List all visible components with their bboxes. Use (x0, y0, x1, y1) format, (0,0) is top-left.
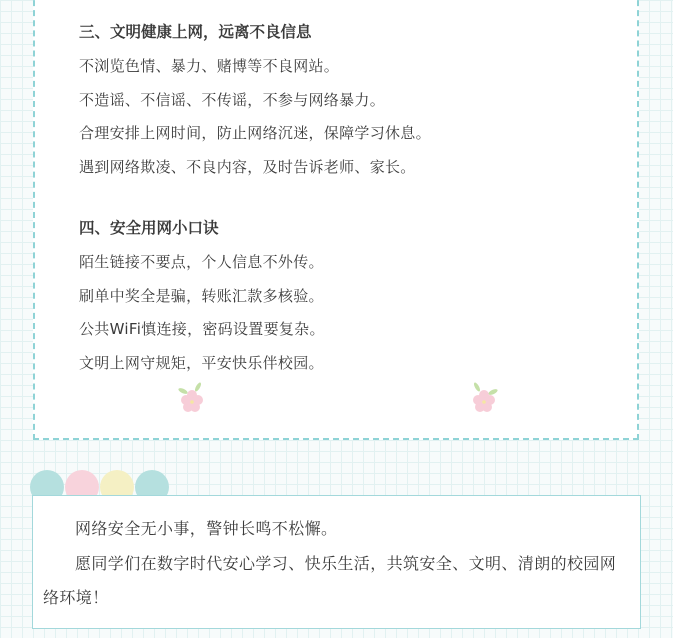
pink-flower-icon (465, 379, 501, 415)
section-4-title: 四、安全用网小口诀 (79, 216, 325, 240)
closing-paragraph-2: 愿同学们在数字时代安心学习、快乐生活，共筑安全、文明、清朗的校园网络环境！ (33, 547, 640, 615)
section-3-line: 合理安排上网时间，防止网络沉迷，保障学习休息。 (79, 121, 431, 155)
section-3-line: 不造谣、不信谣、不传谣，不参与网络暴力。 (79, 88, 431, 122)
section-safety-rhymes: 四、安全用网小口诀 陌生链接不要点，个人信息不外传。 刷单中奖全是骗，转账汇款多… (79, 216, 325, 384)
pink-flower-icon (173, 379, 209, 415)
main-content-card: 三、文明健康上网，远离不良信息 不浏览色情、暴力、赌博等不良网站。 不造谣、不信… (33, 0, 639, 440)
closing-card: 网络安全无小事，警钟长鸣不松懈。 愿同学们在数字时代安心学习、快乐生活，共筑安全… (32, 495, 641, 629)
section-3-title: 三、文明健康上网，远离不良信息 (79, 20, 431, 44)
section-3-line: 不浏览色情、暴力、赌博等不良网站。 (79, 54, 431, 88)
section-3-line: 遇到网络欺凌、不良内容，及时告诉老师、家长。 (79, 155, 431, 189)
section-4-line: 刷单中奖全是骗，转账汇款多核验。 (79, 284, 325, 318)
section-4-line: 陌生链接不要点，个人信息不外传。 (79, 250, 325, 284)
section-civilized-internet: 三、文明健康上网，远离不良信息 不浏览色情、暴力、赌博等不良网站。 不造谣、不信… (79, 20, 431, 188)
closing-paragraph-1: 网络安全无小事，警钟长鸣不松懈。 (33, 512, 347, 546)
section-4-line: 公共WiFi慎连接，密码设置要复杂。 (79, 317, 325, 351)
